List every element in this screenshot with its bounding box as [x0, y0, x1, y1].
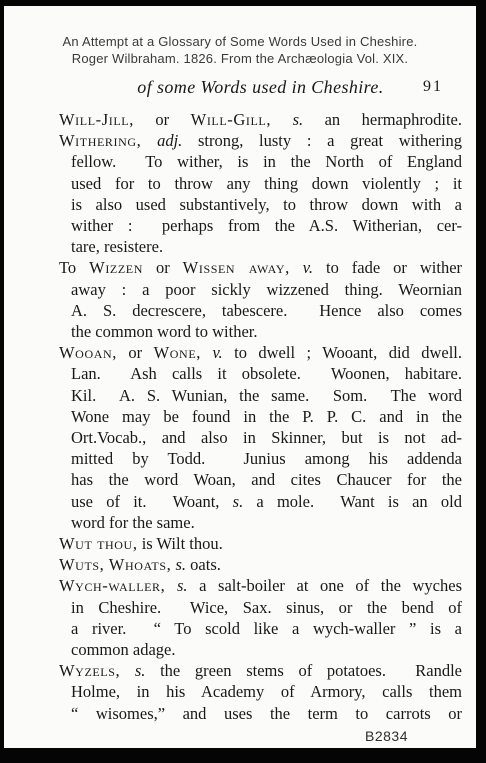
entry-line: Withering, adj. strong, lusty : a great … [59, 130, 462, 151]
text-run: a salt-boiler at one of the wyches [188, 576, 462, 595]
text-run: oats. [186, 555, 221, 574]
entry-line: wither : perhaps from the A.S. Witherian… [59, 215, 462, 236]
part-of-speech: s. [293, 110, 304, 129]
headword: Wone, [154, 343, 201, 362]
glossary-entry: Wych-waller, s. a salt-boiler at one of … [59, 575, 462, 660]
text-run: mitted by Todd. Junius among his addenda [71, 449, 462, 468]
text-run: tare, resistere. [71, 237, 163, 256]
entry-line: To Wizzen or Wissen away, v. to fade or … [59, 257, 462, 278]
text-run [165, 576, 177, 595]
page-number: 91 [423, 78, 443, 96]
entry-line: A. S. decrescere, tabescere. Hence also … [59, 300, 462, 321]
part-of-speech: s. [135, 661, 146, 680]
scan-annotation-line1: An Attempt at a Glossary of Some Words U… [4, 33, 476, 50]
glossary-entry: Withering, adj. strong, lusty : a great … [59, 130, 462, 257]
text-run: or [143, 258, 183, 277]
text-run: Holme, in his Academy of Armory, calls t… [71, 682, 462, 701]
entry-line: Wych-waller, s. a salt-boiler at one of … [59, 575, 462, 596]
part-of-speech: s. [176, 555, 187, 574]
entry-line: mitted by Todd. Junius among his addenda [59, 448, 462, 469]
text-run: a river. “ To scold like a wych-waller ”… [71, 619, 462, 638]
catalog-number: B2834 [365, 728, 408, 744]
entry-line: “ wisomes,” and uses the term to carrots… [59, 703, 462, 724]
text-run: or [134, 110, 191, 129]
entry-line: used for to throw any thing down violent… [59, 173, 462, 194]
glossary-entry: To Wizzen or Wissen away, v. to fade or … [59, 257, 462, 342]
scan-annotation-line2: Roger Wilbraham. 1826. From the Archæolo… [4, 50, 476, 67]
entry-line: Lan. Ash calls it obsolete. Woonen, habi… [59, 363, 462, 384]
part-of-speech: s. [177, 576, 188, 595]
text-run: a mole. Want is an old [243, 492, 462, 511]
entry-line: Wuts, Whoats, s. oats. [59, 554, 462, 575]
text-run [120, 661, 135, 680]
entry-line: use of it. Woant, s. a mole. Want is an … [59, 491, 462, 512]
glossary-entry: Wyzels, s. the green stems of potatoes. … [59, 660, 462, 724]
entry-line: tare, resistere. [59, 236, 462, 257]
entry-line: away : a poor sickly wizzened thing. Weo… [59, 279, 462, 300]
text-run: Wone may be found in the P. P. C. and in… [71, 407, 462, 426]
text-run: is also used substantively, to throw dow… [71, 195, 462, 214]
headword: Wooan, [59, 343, 117, 362]
entry-line: common adage. [59, 639, 462, 660]
scanned-book-page: An Attempt at a Glossary of Some Words U… [0, 0, 486, 763]
entry-line: the common word to wither. [59, 321, 462, 342]
part-of-speech: adj. [157, 131, 182, 150]
text-run: used for to throw any thing down violent… [71, 174, 462, 193]
glossary-body: Will-Jill, or Will-Gill, s. an hermaphro… [59, 109, 462, 724]
text-run: Kil. A. S. Wunian, the same. Som. The wo… [71, 386, 462, 405]
text-run: to dwell ; Wooant, did dwell. [223, 343, 462, 362]
glossary-entry: Wut thou, is Wilt thou. [59, 533, 462, 554]
headword: Will-Gill, [191, 110, 271, 129]
text-run: away : a poor sickly wizzened thing. Weo… [71, 280, 462, 299]
text-run [271, 110, 292, 129]
text-run: Ort.Vocab., and also in Skinner, but is … [71, 428, 462, 447]
entry-line: Kil. A. S. Wunian, the same. Som. The wo… [59, 385, 462, 406]
running-head: of some Words used in Cheshire. 91 [59, 77, 462, 99]
page-paper: An Attempt at a Glossary of Some Words U… [4, 6, 476, 748]
part-of-speech: v. [303, 258, 313, 277]
headword: Wizzen [89, 258, 143, 277]
headword: Wut thou, [59, 534, 138, 553]
headword: Will-Jill, [59, 110, 134, 129]
text-run: fellow. To wither, is in the North of En… [71, 152, 462, 171]
entry-line: Wyzels, s. the green stems of potatoes. … [59, 660, 462, 681]
entry-line: fellow. To wither, is in the North of En… [59, 151, 462, 172]
entry-line: Will-Jill, or Will-Gill, s. an hermaphro… [59, 109, 462, 130]
text-run: in Cheshire. Wice, Sax. sinus, or the be… [71, 598, 462, 617]
text-run [141, 131, 157, 150]
text-run: common adage. [71, 640, 175, 659]
text-run: or [117, 343, 154, 362]
text-run: word for the same. [71, 513, 195, 532]
text-run: To [59, 258, 89, 277]
glossary-entry: Wooan, or Wone, v. to dwell ; Wooant, di… [59, 342, 462, 533]
headword: Wyzels, [59, 661, 120, 680]
headword: Withering, [59, 131, 141, 150]
entry-line: Ort.Vocab., and also in Skinner, but is … [59, 427, 462, 448]
entry-line: Wooan, or Wone, v. to dwell ; Wooant, di… [59, 342, 462, 363]
text-run [290, 258, 303, 277]
glossary-entry: Will-Jill, or Will-Gill, s. an hermaphro… [59, 109, 462, 130]
text-run: wither : perhaps from the A.S. Witherian… [71, 216, 462, 235]
entry-line: is also used substantively, to throw dow… [59, 194, 462, 215]
entry-line: has the word Woan, and cites Chaucer for… [59, 469, 462, 490]
entry-line: word for the same. [59, 512, 462, 533]
headword: Wissen away, [183, 258, 290, 277]
text-run: “ wisomes,” and uses the term to carrots… [71, 704, 462, 723]
part-of-speech: s. [233, 492, 244, 511]
part-of-speech: v. [212, 343, 222, 362]
entry-line: in Cheshire. Wice, Sax. sinus, or the be… [59, 597, 462, 618]
glossary-entry: Wuts, Whoats, s. oats. [59, 554, 462, 575]
entry-line: Wone may be found in the P. P. C. and in… [59, 406, 462, 427]
text-run: the common word to wither. [71, 322, 258, 341]
text-run: use of it. Woant, [71, 492, 233, 511]
text-run: the green stems of potatoes. Randle [145, 661, 462, 680]
text-run: strong, lusty : a great withering [182, 131, 462, 150]
text-run: A. S. decrescere, tabescere. Hence also … [71, 301, 462, 320]
text-run: is Wilt thou. [138, 534, 223, 553]
text-run [201, 343, 212, 362]
scan-annotation: An Attempt at a Glossary of Some Words U… [4, 33, 476, 67]
headword: Wych-waller, [59, 576, 165, 595]
text-run: Lan. Ash calls it obsolete. Woonen, habi… [71, 364, 462, 383]
entry-line: Wut thou, is Wilt thou. [59, 533, 462, 554]
entry-line: Holme, in his Academy of Armory, calls t… [59, 681, 462, 702]
text-run: has the word Woan, and cites Chaucer for… [71, 470, 462, 489]
text-run: an hermaphrodite. [303, 110, 462, 129]
text-run: to fade or wither [313, 258, 462, 277]
running-head-title: of some Words used in Cheshire. [137, 77, 383, 97]
entry-line: a river. “ To scold like a wych-waller ”… [59, 618, 462, 639]
headword: Wuts, Whoats, [59, 555, 171, 574]
